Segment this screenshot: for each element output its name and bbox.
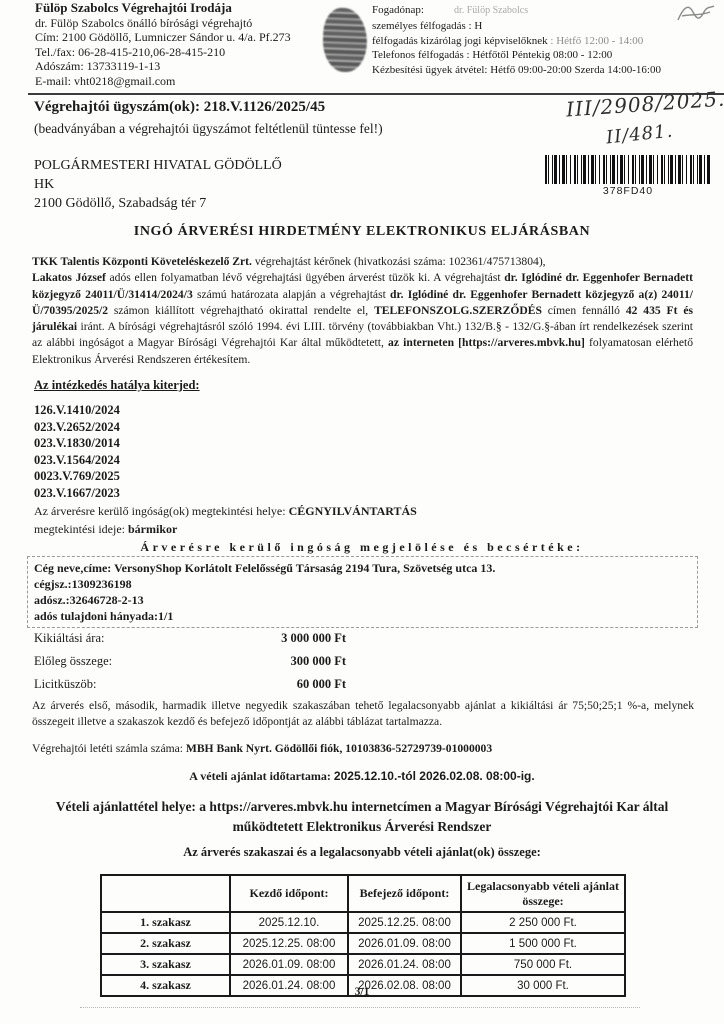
stage-start-cell: 2026.01.09. 08:00: [230, 954, 348, 975]
office-hours-title: Fogadónap:: [372, 4, 424, 16]
deposit-label: Végrehajtói letéti számla száma:: [32, 742, 186, 755]
recipient-code: HK: [34, 175, 282, 194]
viewing-place-line: Az árverésre kerülő ingóság(ok) megtekin…: [34, 502, 417, 520]
viewing-place-label: Az árverésre kerülő ingóság(ok) megtekin…: [34, 504, 289, 518]
stage-end-cell: 2026.01.09. 08:00: [348, 933, 461, 954]
hours-text: Kézbesítési ügyek átvétel: Hétfő 09:00-2…: [372, 64, 661, 76]
offer-period-value: 2025.12.10.-tól 2026.02.08. 08:00-ig.: [334, 769, 535, 783]
price-value: 3 000 000 Ft: [281, 631, 346, 654]
price-row: Előleg összege:300 000 Ft: [34, 654, 346, 677]
recipient-address: 2100 Gödöllő, Szabadság tér 7: [34, 194, 282, 213]
header-cell-start: Kezdő időpont:: [230, 875, 348, 912]
handwritten-reference-2: II/481.: [605, 121, 674, 149]
stage-min-offer-cell: 2 250 000 Ft.: [461, 912, 625, 933]
office-hours-line: Kézbesítési ügyek átvétel: Hétfő 09:00-2…: [372, 63, 717, 78]
hours-text: Telefonos félfogadás : Hétfőtől Péntekig…: [372, 49, 612, 61]
stages-table-caption: Az árverés szakaszai és a legalacsonyabb…: [0, 845, 724, 860]
recipient-name: POLGÁRMESTERI HIVATAL GÖDÖLLŐ: [34, 156, 282, 175]
scope-case: 023.V.2652/2024: [34, 419, 120, 436]
office-hours-line: Telefonos félfogadás : Hétfőtől Péntekig…: [372, 48, 717, 63]
header-cell-empty: [101, 875, 230, 912]
office-hours-line: személyes félfogadás : H: [372, 19, 717, 34]
scanned-auction-notice-page: Fülöp Szabolcs Végrehajtói Irodája dr. F…: [0, 0, 724, 1024]
handwritten-reference-1: III/2908/2025.: [565, 86, 724, 121]
price-list: Kikiáltási ára:3 000 000 Ft Előleg össze…: [34, 631, 346, 700]
scope-case-list: 126.V.1410/2024 023.V.2652/2024 023.V.18…: [34, 402, 120, 502]
office-email: E-mail: vht0218@gmail.com: [35, 74, 335, 89]
stage-end-cell: 2025.12.25. 08:00: [348, 912, 461, 933]
viewing-time-label: megtekintési ideje:: [34, 522, 128, 536]
bailiff-office-block: Fülöp Szabolcs Végrehajtói Irodája dr. F…: [35, 1, 335, 89]
header-cell-minimum-offer: Legalacsonyabb vételi ajánlat összege:: [461, 875, 625, 912]
scope-case: 023.V.1564/2024: [34, 452, 120, 469]
price-label: Előleg összege:: [34, 654, 112, 677]
item-tax-number: adósz.:32646728-2-13: [34, 592, 691, 608]
stage-start-cell: 2025.12.25. 08:00: [230, 933, 348, 954]
item-registry-number: cégjsz.:1309236198: [34, 576, 691, 592]
stages-table: Kezdő időpont: Befejező időpont: Legalac…: [100, 874, 626, 997]
price-row: Licitküszöb:60 000 Ft: [34, 677, 346, 700]
recipient-block: POLGÁRMESTERI HIVATAL GÖDÖLLŐ HK 2100 Gö…: [34, 156, 282, 213]
stage-min-offer-cell: 750 000 Ft.: [461, 954, 625, 975]
barcode: [545, 155, 711, 184]
intro-paragraph: TKK Talentis Központi Követeléskezelő Zr…: [32, 254, 693, 368]
office-hours-block: Fogadónap:dr. Fülöp Szabolcs személyes f…: [372, 3, 717, 78]
scope-case: 126.V.1410/2024: [34, 402, 120, 419]
item-section-heading: Árverésre kerülő ingóság megjelölése és …: [0, 540, 724, 555]
table-row: 1. szakasz 2025.12.10. 2025.12.25. 08:00…: [101, 912, 625, 933]
stage-name-cell: 2. szakasz: [101, 933, 230, 954]
office-name: Fülöp Szabolcs Végrehajtói Irodája: [35, 1, 335, 16]
stages-table-header-row: Kezdő időpont: Befejező időpont: Legalac…: [101, 875, 625, 912]
viewing-time-line: megtekintési ideje: bármikor: [34, 520, 417, 538]
price-row: Kikiáltási ára:3 000 000 Ft: [34, 631, 346, 654]
office-tax-number: Adószám: 13733119-1-13: [35, 59, 335, 74]
scope-case: 023.V.1667/2023: [34, 485, 120, 502]
office-phone: Tel./fax: 06-28-415-210,06-28-415-210: [35, 45, 335, 60]
office-hours-title-line: Fogadónap:dr. Fülöp Szabolcs: [372, 3, 717, 19]
document-title: INGÓ ÁRVERÉSI HIRDETMÉNY ELEKTRONIKUS EL…: [0, 224, 724, 240]
stage-start-cell: 2025.12.10.: [230, 912, 348, 933]
item-details-box: Cég neve,címe: VersonyShop Korlátolt Fel…: [27, 556, 698, 628]
ghost-overlay-text: dr. Fülöp Szabolcs: [454, 5, 528, 16]
price-label: Licitküszöb:: [34, 677, 97, 700]
barcode-block: 378FD40: [545, 155, 711, 197]
case-number-note: (beadványában a végrehajtói ügyszámot fe…: [34, 121, 383, 137]
hours-faint-text: : Hétfő 12:00 - 14:00: [550, 35, 643, 47]
table-row: 2. szakasz 2025.12.25. 08:00 2026.01.09.…: [101, 933, 625, 954]
stage-note-paragraph: Az árverés első, második, harmadik illet…: [32, 698, 694, 730]
stage-end-cell: 2026.01.24. 08:00: [348, 954, 461, 975]
office-address: Cím: 2100 Gödöllő, Lumniczer Sándor u. 4…: [35, 30, 335, 45]
viewing-info: Az árverésre kerülő ingóság(ok) megtekin…: [34, 502, 417, 538]
stamp-icon: [322, 7, 368, 72]
viewing-place-value: CÉGNYILVÁNTARTÁS: [289, 504, 417, 518]
deposit-account-line: Végrehajtói letéti számla száma: MBH Ban…: [32, 742, 492, 755]
hours-text: félfogadás kizárólag jogi képviselőknek: [372, 35, 550, 47]
case-number-line: Végrehajtói ügyszám(ok): 218.V.1126/2025…: [34, 99, 325, 116]
offer-period-label: A vételi ajánlat időtartama:: [189, 769, 334, 783]
stage-name-cell: 1. szakasz: [101, 912, 230, 933]
office-hours-line: félfogadás kizárólag jogi képviselőknek …: [372, 34, 717, 49]
stage-name-cell: 3. szakasz: [101, 954, 230, 975]
scope-case: 0023.V.769/2025: [34, 468, 120, 485]
deposit-value: MBH Bank Nyrt. Gödöllői fiók, 10103836-5…: [186, 742, 492, 755]
scope-case: 023.V.1830/2014: [34, 435, 120, 452]
offer-period-line: A vételi ajánlat időtartama: 2025.12.10.…: [0, 769, 724, 784]
bailiff-name: dr. Fülöp Szabolcs önálló bírósági végre…: [35, 16, 335, 31]
price-value: 300 000 Ft: [290, 654, 346, 677]
table-row: 3. szakasz 2026.01.09. 08:00 2026.01.24.…: [101, 954, 625, 975]
signature-icon: [676, 2, 716, 31]
page-number: 3/1: [0, 986, 724, 998]
price-value: 60 000 Ft: [297, 677, 346, 700]
item-company-line: Cég neve,címe: VersonyShop Korlátolt Fel…: [34, 560, 691, 576]
hours-text: személyes félfogadás : H: [372, 20, 482, 32]
header-cell-end: Befejező időpont:: [348, 875, 461, 912]
offer-place-paragraph: Vételi ajánlattétel helye: a https://arv…: [30, 797, 694, 836]
stage-min-offer-cell: 1 500 000 Ft.: [461, 933, 625, 954]
viewing-time-value: bármikor: [128, 522, 177, 536]
barcode-label: 378FD40: [545, 185, 711, 197]
scope-heading: Az intézkedés hatálya kiterjed:: [34, 378, 200, 393]
item-ownership-share: adós tulajdoni hányada:1/1: [34, 608, 691, 624]
price-label: Kikiáltási ára:: [34, 631, 104, 654]
footer-scan-artifact-line: [80, 1007, 640, 1008]
